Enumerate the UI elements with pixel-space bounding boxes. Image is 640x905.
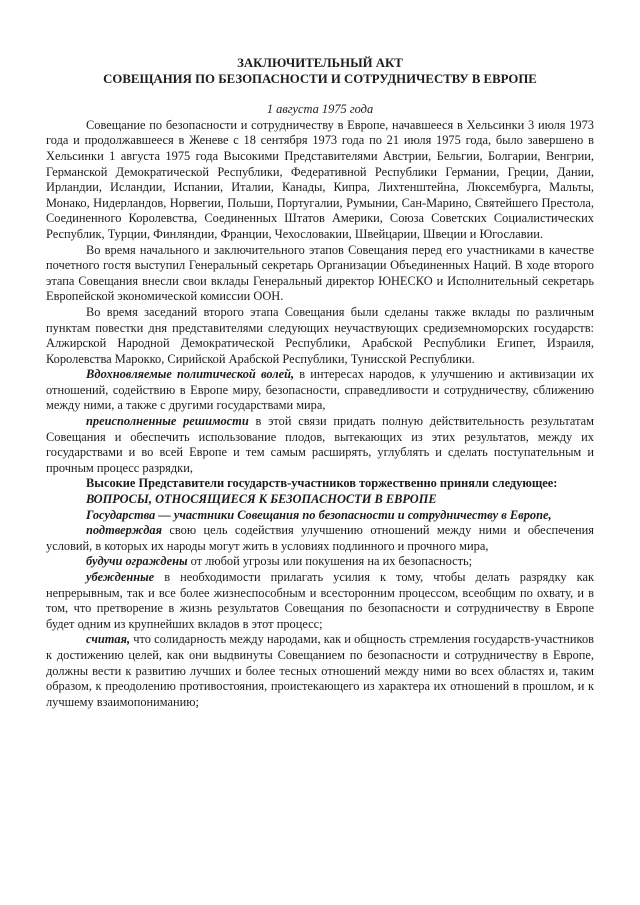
paragraph-solemn-adoption: Высокие Представители государств-участни… [46,476,594,492]
document-content: ЗАКЛЮЧИТЕЛЬНЫЙ АКТ СОВЕЩАНИЯ ПО БЕЗОПАСН… [0,0,640,710]
paragraph-guests: Во время начального и заключительного эт… [46,243,594,305]
paragraph-reaffirming: подтверждая свою цель содействия улучшен… [46,523,594,554]
paragraph-participating-states: Государства — участники Совещания по без… [46,508,594,524]
paragraph-determined: преисполненные решимости в этой связи пр… [46,414,594,476]
lead-phrase: считая, [86,632,130,646]
paragraph-mediterranean: Во время заседаний второго этапа Совещан… [46,305,594,367]
section-heading-security: ВОПРОСЫ, ОТНОСЯЩИЕСЯ К БЕЗОПАСНОСТИ В ЕВ… [46,492,594,508]
paragraph-safeguarded: будучи ограждены от любой угрозы или пок… [46,554,594,570]
title-line-1: ЗАКЛЮЧИТЕЛЬНЫЙ АКТ [46,56,594,72]
paragraph-considering: считая, что солидарность между народами,… [46,632,594,710]
lead-phrase: Вдохновляемые политической волей, [86,367,294,381]
title-line-2: СОВЕЩАНИЯ ПО БЕЗОПАСНОСТИ И СОТРУДНИЧЕСТ… [46,72,594,88]
lead-phrase: будучи ограждены [86,554,188,568]
document-title: ЗАКЛЮЧИТЕЛЬНЫЙ АКТ СОВЕЩАНИЯ ПО БЕЗОПАСН… [46,56,594,87]
lead-phrase: убежденные [86,570,154,584]
document-page: ЗАКЛЮЧИТЕЛЬНЫЙ АКТ СОВЕЩАНИЯ ПО БЕЗОПАСН… [0,0,640,905]
paragraph-inspired: Вдохновляемые политической волей, в инте… [46,367,594,414]
document-date: 1 августа 1975 года [46,102,594,118]
lead-phrase: подтверждая [86,523,162,537]
lead-phrase: преисполненные решимости [86,414,249,428]
paragraph-convinced: убежденные в необходимости прилагать уси… [46,570,594,632]
paragraph-intro: Совещание по безопасности и сотрудничест… [46,118,594,243]
